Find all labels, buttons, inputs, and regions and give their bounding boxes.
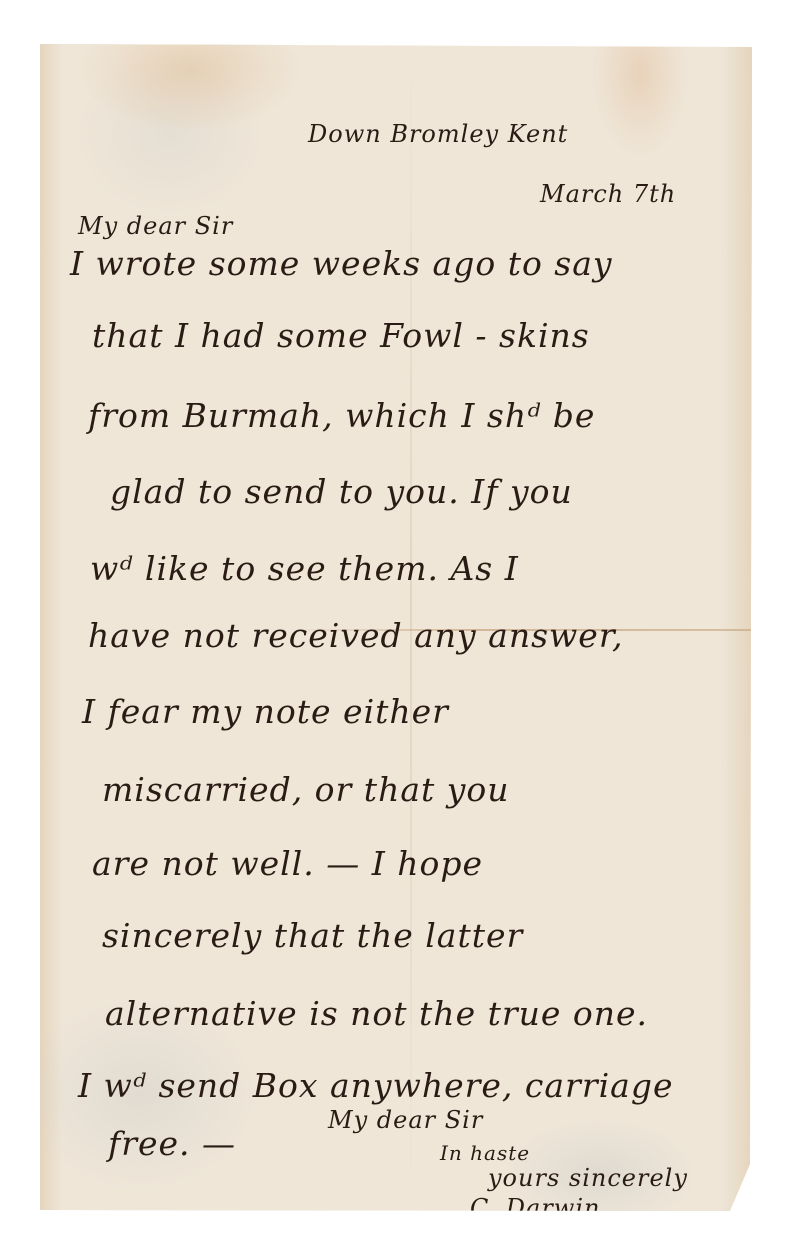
body-line-5: wᵈ like to see them. As I xyxy=(90,549,519,588)
body-line-7: I fear my note either xyxy=(82,692,449,731)
body-line-1: I wrote some weeks ago to say xyxy=(70,244,613,283)
body-line-3: from Burmah, which I shᵈ be xyxy=(88,396,595,435)
body-line-2: that I had some Fowl - skins xyxy=(92,316,590,355)
body-line-11: alternative is not the true one. xyxy=(105,994,648,1033)
body-line-4: glad to send to you. If you xyxy=(110,472,573,511)
letter-date: March 7th xyxy=(540,180,676,208)
body-line-10: sincerely that the latter xyxy=(102,916,523,955)
closing-line-2: In haste xyxy=(440,1141,530,1165)
body-line-13: free. — xyxy=(108,1124,236,1163)
signature: C. Darwin xyxy=(470,1194,600,1222)
body-line-8: miscarried, or that you xyxy=(102,770,510,809)
body-line-12: I wᵈ send Box anywhere, carriage xyxy=(78,1066,673,1105)
letter-paper: Down Bromley Kent March 7th My dear Sir … xyxy=(40,44,752,1211)
body-line-6: have not received any answer, xyxy=(88,616,623,655)
body-line-9: are not well. — I hope xyxy=(92,844,483,883)
letter-address: Down Bromley Kent xyxy=(308,120,568,148)
closing-line-1: My dear Sir xyxy=(328,1106,483,1134)
letter-salutation: My dear Sir xyxy=(78,212,233,240)
closing-line-3: yours sincerely xyxy=(488,1164,688,1192)
